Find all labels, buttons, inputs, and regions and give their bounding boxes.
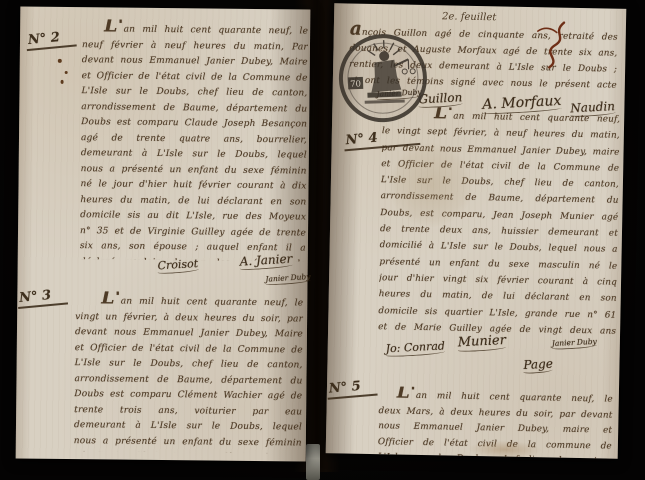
signature-munier: Munier bbox=[457, 333, 506, 352]
act-number-3: N° 3 bbox=[17, 286, 68, 309]
fiscal-stamp-seal: 70 bbox=[333, 29, 432, 128]
signature-croisot: Croisot bbox=[157, 257, 198, 274]
birth-act-3-text: L'an mil huit cent quarante neuf, le vin… bbox=[74, 291, 304, 453]
signature-mayor: A. Janier bbox=[239, 252, 293, 271]
act-number-2: N° 2 bbox=[25, 29, 76, 52]
ink-correction-flourish bbox=[531, 19, 574, 76]
paper-stain bbox=[468, 440, 542, 459]
ink-blot bbox=[61, 80, 64, 84]
signature-mayor-paraph: Janier Duby bbox=[552, 337, 597, 350]
signature-conrad: Jo: Conrad bbox=[385, 339, 445, 357]
seal-value: 70 bbox=[350, 79, 361, 89]
ink-blot bbox=[58, 59, 62, 63]
register-page-right: 2e. feuillet ançois Guillon agé de cinqu… bbox=[326, 3, 627, 459]
binding-clasp bbox=[306, 444, 320, 480]
signature-mayor-paraph: Janier Duby bbox=[265, 272, 311, 286]
birth-act-2-text: L'an mil huit cent quarante neuf, le neu… bbox=[80, 19, 309, 261]
signature-page: Page bbox=[523, 356, 553, 373]
signature-naudin: Naudin bbox=[570, 99, 615, 117]
act-number-5: N° 5 bbox=[326, 378, 377, 400]
register-page-left: N° 2 L'an mil huit cent quarante neuf, l… bbox=[16, 6, 311, 461]
sheet-header: 2e. feuillet bbox=[442, 11, 496, 23]
scan-background: N° 2 L'an mil huit cent quarante neuf, l… bbox=[0, 0, 645, 480]
ink-blot bbox=[65, 71, 68, 74]
